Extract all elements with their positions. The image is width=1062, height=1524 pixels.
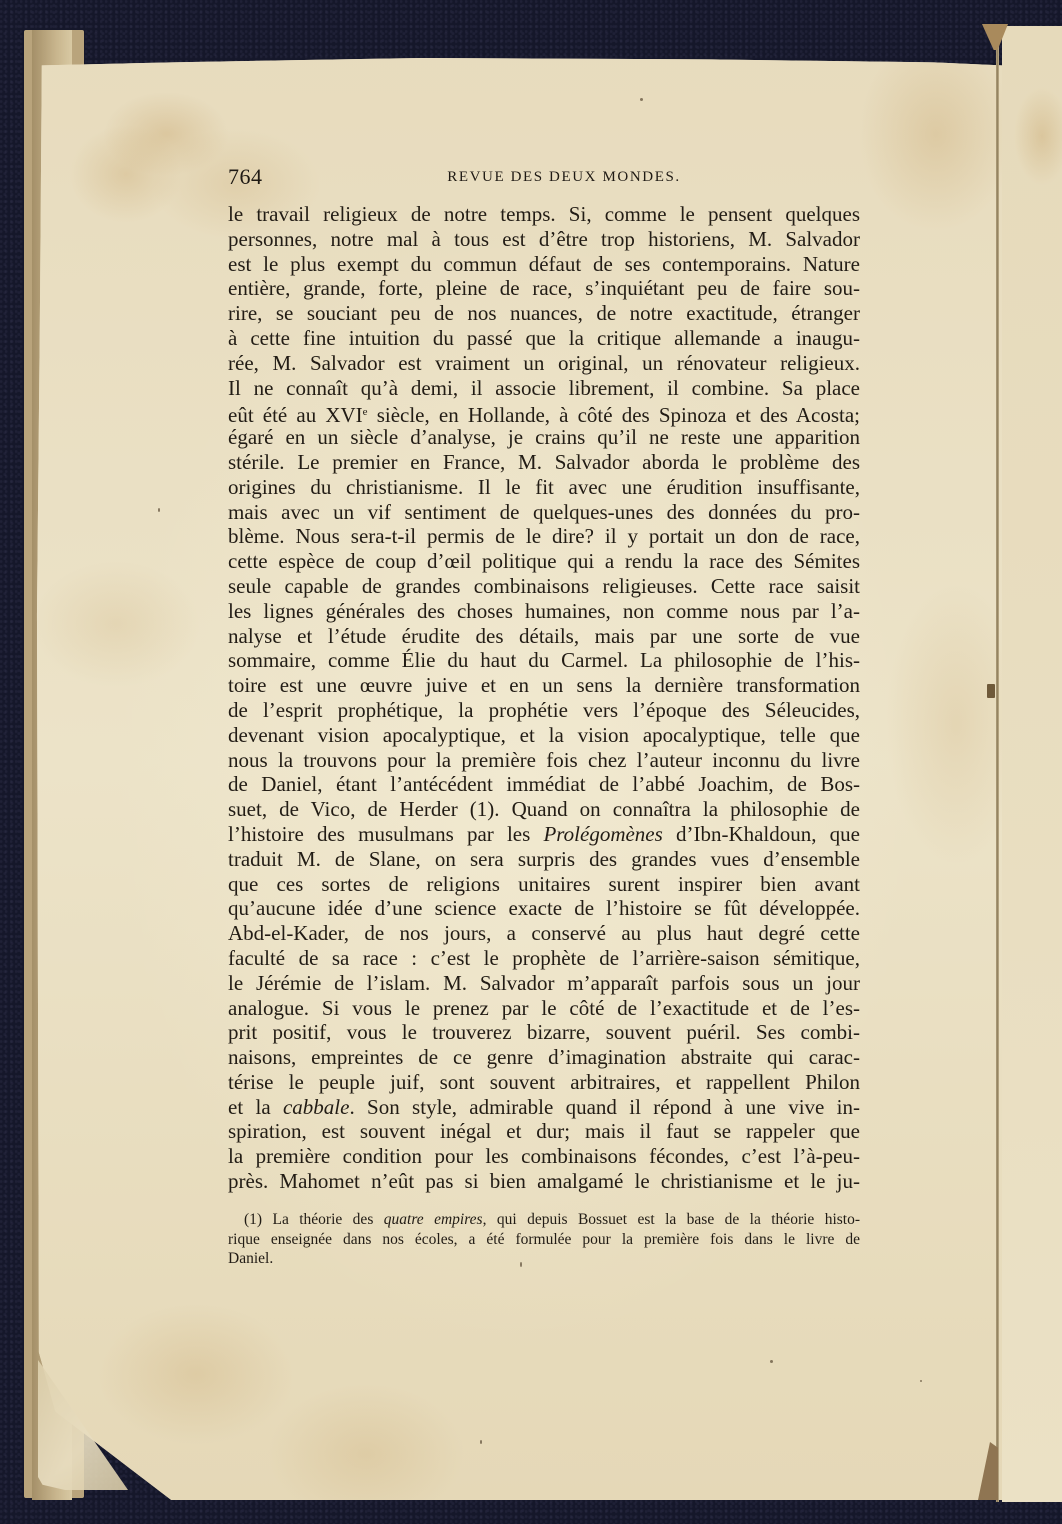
running-head: 764 REVUE DES DEUX MONDES. <box>228 164 860 188</box>
text-line: le Jérémie de l’islam. M. Salvador m’app… <box>228 971 860 996</box>
italic-title: Prolégomènes <box>543 822 662 846</box>
body-text: le travail religieux de notre temps. Si,… <box>228 202 860 1194</box>
text-fragment: , qui depuis Bossuet est la base de la t… <box>483 1211 860 1228</box>
italic-phrase: quatre empires <box>384 1211 483 1228</box>
journal-title: REVUE DES DEUX MONDES. <box>228 169 860 186</box>
text-line-with-footnote-ref: suet, de Vico, de Herder (1). Quand on c… <box>228 797 860 822</box>
text-line: nous la trouvons pour la première fois c… <box>228 748 860 773</box>
paper-speck <box>480 1440 482 1444</box>
page-gutter <box>996 28 999 1502</box>
text-line: naisons, empreintes de ce genre d’imagin… <box>228 1045 860 1070</box>
text-line: qu’aucune idée d’une science exacte de l… <box>228 896 860 921</box>
text-line: stérile. Le premier en France, M. Salvad… <box>228 450 860 475</box>
text-line: blème. Nous sera-t-il permis de le dire?… <box>228 524 860 549</box>
text-line: de l’esprit prophétique, la prophétie ve… <box>228 698 860 723</box>
footnote: (1) La théorie des quatre empires, qui d… <box>228 1210 860 1269</box>
text-line-with-century: eût été au XVIe siècle, en Hollande, à c… <box>228 400 860 425</box>
text-line: térise le peuple juif, sont souvent arbi… <box>228 1070 860 1095</box>
text-line: sommaire, comme Élie du haut du Carmel. … <box>228 648 860 673</box>
text-line: Abd-el-Kader, de nos jours, a conservé a… <box>228 921 860 946</box>
paper-speck <box>770 1360 773 1363</box>
paper-speck <box>920 1380 922 1382</box>
text-fragment: siècle, en Hollande, à côté des Spinoza … <box>368 403 860 427</box>
text-line: est le plus exempt du commun défaut de s… <box>228 252 860 277</box>
text-line: mais avec un vif sentiment de quelques-u… <box>228 500 860 525</box>
text-line: à cette fine intuition du passé que la c… <box>228 326 860 351</box>
text-line: les lignes générales des choses humaines… <box>228 599 860 624</box>
text-line: spiration, est souvent inégal et dur; ma… <box>228 1119 860 1144</box>
text-line-with-italic: l’histoire des musulmans par les Prolégo… <box>228 822 860 847</box>
paper-speck <box>640 98 643 101</box>
text-line: près. Mahomet n’eût pas si bien amalgamé… <box>228 1169 860 1194</box>
text-line: de Daniel, étant l’antécédent immédiat d… <box>228 772 860 797</box>
text-line: Il ne connaît qu’à demi, il associe libr… <box>228 376 860 401</box>
italic-word: cabbale <box>283 1095 349 1119</box>
text-fragment: eût été au <box>228 403 325 427</box>
text-line: faculté de sa race : c’est le prophète d… <box>228 946 860 971</box>
gutter-binding-tab <box>987 684 995 698</box>
text-line: personnes, notre mal à tous est d’être t… <box>228 227 860 252</box>
text-line: origines du christianisme. Il le fit ave… <box>228 475 860 500</box>
text-line: seule capable de grandes combinaisons re… <box>228 574 860 599</box>
text-fragment: La théorie des <box>262 1211 384 1228</box>
text-line: rire, se souciant peu de nos nuances, de… <box>228 301 860 326</box>
text-line: rée, M. Salvador est vraiment un origina… <box>228 351 860 376</box>
footnote-line: Daniel. <box>228 1249 860 1269</box>
text-line-with-italic: et la cabbale. Son style, admirable quan… <box>228 1095 860 1120</box>
paper-speck <box>158 508 160 512</box>
text-line: égaré en un siècle d’analyse, je crains … <box>228 425 860 450</box>
text-fragment: l’histoire des musulmans par les <box>228 822 543 846</box>
roman-numeral-century: XVI <box>325 403 362 427</box>
footnote-line: rique enseignée dans nos écoles, a été f… <box>228 1230 860 1250</box>
text-fragment: d’Ibn-Khaldoun, que <box>663 822 860 846</box>
facing-page-edge <box>1002 26 1062 1502</box>
text-line: nalyse et l’étude érudite des détails, m… <box>228 624 860 649</box>
footnote-marker: (1) <box>244 1211 262 1228</box>
text-line: le travail religieux de notre temps. Si,… <box>228 202 860 227</box>
text-line: cette espèce de coup d’œil politique qui… <box>228 549 860 574</box>
text-line: traduit M. de Slane, on sera surpris des… <box>228 847 860 872</box>
footnote-line: (1) La théorie des quatre empires, qui d… <box>228 1210 860 1230</box>
text-line: entière, grande, forte, pleine de race, … <box>228 276 860 301</box>
text-line: la première condition pour les combinais… <box>228 1144 860 1169</box>
text-line: que ces sortes de religions unitaires su… <box>228 872 860 897</box>
text-line: analogue. Si vous le prenez par le côté … <box>228 996 860 1021</box>
text-fragment: . Son style, admirable quand il répond à… <box>349 1095 860 1119</box>
text-line: toire est une œuvre juive et en un sens … <box>228 673 860 698</box>
text-line: devenant vision apocalyptique, et la vis… <box>228 723 860 748</box>
text-fragment: et la <box>228 1095 283 1119</box>
text-line: prit positif, vous le trouverez bizarre,… <box>228 1020 860 1045</box>
